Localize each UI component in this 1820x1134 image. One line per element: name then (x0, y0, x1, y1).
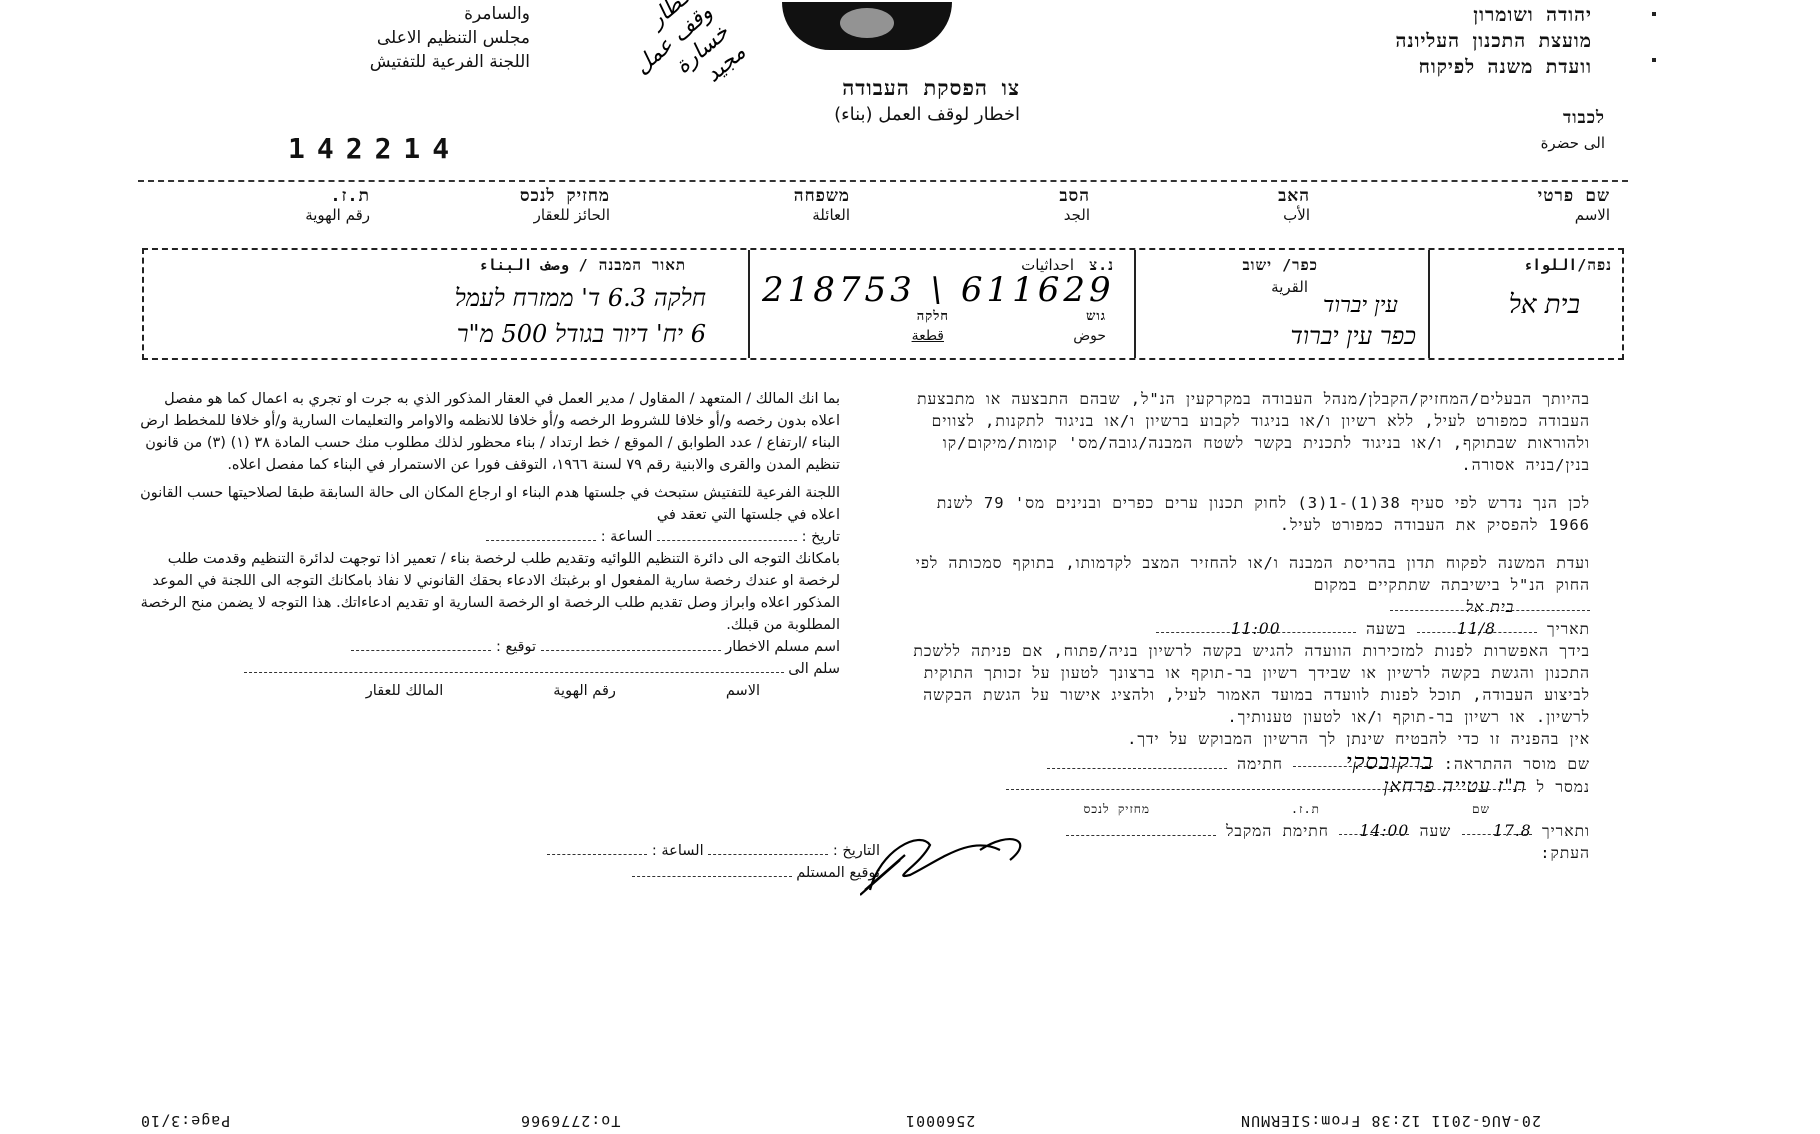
field-holder: מחזיק לנכס الحائز للعقار (460, 186, 610, 224)
delivered-sub-labels: שם ת.ז. מחזיק לנכס (900, 798, 1590, 820)
field-grandfather: הסב الجد (950, 186, 1090, 224)
arabic-para-1: بما انك المالك / المتعهد / المقاول / مدي… (140, 388, 840, 476)
delivered-to-line: נמסר ל ת"ז עטייה פרחאן (900, 775, 1590, 798)
meeting-time-value: 11:00 (1156, 618, 1356, 633)
arabic-sub-labels: الاسم رقم الهوية المالك للعقار (140, 680, 840, 702)
arabic-para-2: اللجنة الفرعية للتفتيش ستبحث في جلستها ه… (140, 482, 840, 526)
hebrew-para-2: לכן הנך נדרש לפי סעיף 38(1)-1(3) לחוק תכ… (900, 492, 1590, 536)
cell-building-description: תאור המבנה / وصف البناء חלקה 6.3 ד' ממזר… (144, 250, 746, 358)
field-id: ת.ז. رقم الهوية (220, 186, 370, 224)
fax-footer-middle: To:2776966 (520, 1112, 620, 1130)
meeting-line: בית אל (900, 596, 1590, 618)
authority-line-2: מועצת התכנון העליונה (1192, 28, 1592, 54)
coordinates-value: 218753 \ 611629 (762, 270, 1115, 310)
hebrew-para-5: אין בהפניה זו כדי להבטיח שינתן לך הרשיון… (900, 728, 1590, 750)
authority-line-1: יהודה ושומרון (1192, 2, 1592, 28)
to-label-arabic: الى حضرة (1541, 134, 1605, 152)
arabic-authority-header: والسامرة مجلس التنظيم الاعلى اللجنة الفر… (150, 2, 530, 74)
arabic-receipt-block: التاريخ : الساعة : توقيع المستلم (440, 840, 880, 884)
margin-mark (1652, 12, 1656, 16)
delivered-time-value: 14:00 (1339, 820, 1409, 835)
issuer-name-value: ברקובסקי (1293, 752, 1433, 767)
field-family: משפחה العائلة (710, 186, 850, 224)
hebrew-para-1: בהיותך הבעלים/המחזיק/הקבלן/מנהל העבודה ב… (900, 388, 1590, 476)
cell-coordinates: נ.צ احداثيات 218753 \ 611629 גוש حوض חלק… (750, 250, 1134, 358)
hebrew-para-3: ועדת המשנה לפקוח תדון בהריסת המבנה ו/או … (900, 552, 1590, 596)
cell-village: כפר/ ישוב القرية עין יברוד כפר עין יברוד (1136, 250, 1428, 358)
arabic-body: بما انك المالك / المتعهد / المقاول / مدي… (140, 388, 840, 702)
arabic-deliverer-line: اسم مسلم الاخطار توقيع : (140, 636, 840, 658)
hebrew-body: בהיותך הבעלים/המחזיק/הקבלן/מנהל העבודה ב… (900, 388, 1590, 864)
ar-authority-line-3: اللجنة الفرعية للتفتيش (150, 50, 530, 74)
cell-district: נפה/اللواء בית אל (1430, 250, 1620, 358)
state-emblem (782, 2, 952, 50)
ar-authority-line-1: والسامرة (150, 2, 530, 26)
handwritten-signature (860, 820, 1120, 900)
location-table: נפה/اللواء בית אל כפר/ ישוב القرية עין י… (142, 248, 1624, 360)
meeting-date-value: 11/8 (1417, 618, 1537, 633)
arabic-para-3: بامكانك التوجه الى دائرة التنظيم اللوائي… (140, 548, 840, 636)
margin-mark (1652, 58, 1656, 62)
arabic-date-line: تاريخ : الساعة : (140, 526, 840, 548)
hebrew-para-4: בידך האפשרות לפנות למזכירות הוועדה להגיש… (900, 640, 1590, 728)
fax-footer-left: Page:3/10 (140, 1112, 230, 1130)
arabic-delivered-to-line: سلم الى (140, 658, 840, 680)
issuer-signature-blank (1047, 754, 1227, 769)
delivered-to-value: ת"ז עטייה פרחאן (1006, 775, 1526, 790)
meeting-datetime-line: תאריך 11/8 בשעה 11:00 (900, 618, 1590, 640)
owner-fields-row: שם פרטי الاسم האב الأب הסב الجد משפחה ال… (140, 186, 1610, 230)
hebrew-authority-header: יהודה ושומרון מועצת התכנון העליונה וועדת… (1192, 2, 1592, 80)
issuer-line: שם מוסר ההתראה: ברקובסקי חתימה (900, 752, 1590, 775)
arabic-receiver-signature-line: توقيع المستلم (440, 862, 880, 884)
title-arabic: اخطار لوقف العمل (بناء) (760, 104, 1020, 125)
ar-authority-line-2: مجلس التنظيم الاعلى (150, 26, 530, 50)
authority-line-3: וועדת משנה לפיקוח (1192, 54, 1592, 80)
field-father: האב الأب (1170, 186, 1310, 224)
to-label-hebrew: לכבוד (1563, 108, 1605, 128)
fax-footer-right: 20-AUG-2011 12:38 From:SIERMUN (1240, 1112, 1541, 1130)
fax-footer-number: 2560001 (905, 1112, 975, 1130)
title-hebrew: צו הפסקת העבודה (820, 76, 1020, 101)
serial-number: 142214 (288, 132, 461, 165)
arabic-receipt-date-line: التاريخ : الساعة : (440, 840, 880, 862)
header-divider (138, 180, 1628, 182)
delivered-date-value: 17.8 (1462, 820, 1532, 835)
meeting-place-value: בית אל (1390, 596, 1590, 611)
field-first-name: שם פרטי الاسم (1430, 186, 1610, 224)
